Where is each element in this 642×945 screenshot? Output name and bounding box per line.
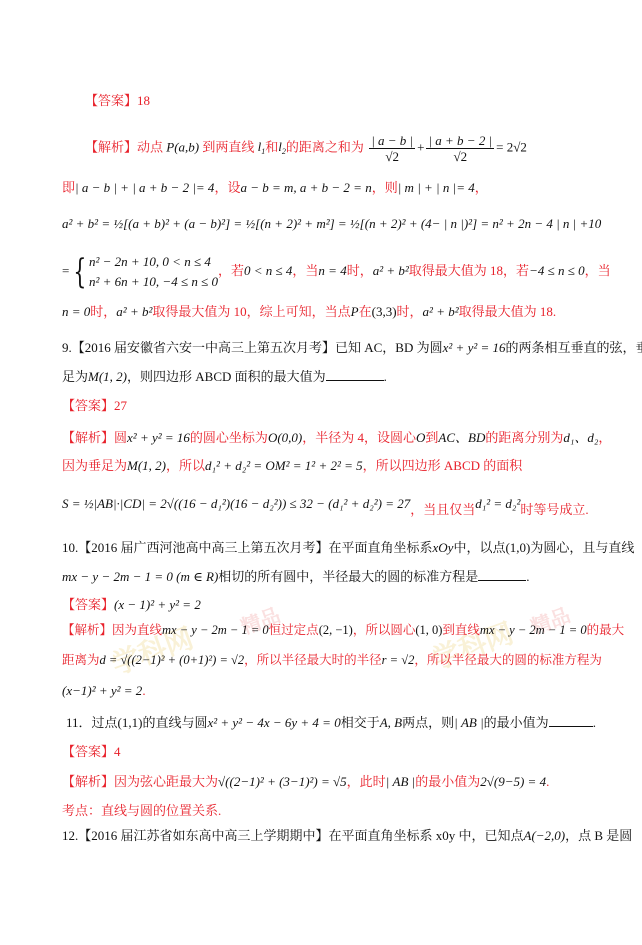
text: 12.【2016 届江苏省如东高中高三上学期期中】在平面直角坐标系 x0y 中，… (62, 828, 524, 843)
math: d = √((2−1)² + (0+1)²) = √2 (100, 653, 245, 667)
q11-answer: 【答案】4 (62, 744, 121, 760)
math: xOy (433, 540, 454, 555)
math: | AB | (386, 774, 416, 789)
math: P(a,b) (166, 139, 199, 154)
q9-stem-line-2: 足为M(1, 2)，则四边形 ABCD 面积的最大值为. (62, 368, 387, 385)
text: 时， (397, 304, 423, 319)
text: 动点 (137, 139, 163, 154)
text: ，当 (585, 263, 611, 278)
analysis-label: 【解析】 (85, 139, 137, 154)
text: 的最小值为 (415, 774, 480, 789)
q10-stem-line-2: mx − y − 2m − 1 = 0 (m ∈ R)相切的所有圆中，半径最大的… (62, 568, 530, 585)
case: n² + 6n + 10, −4 ≤ n ≤ 0 (89, 272, 218, 292)
text: 因为弦心距最大为 (114, 774, 218, 789)
answer-blank (478, 568, 526, 581)
q11-stem: 11．过点(1,1)的直线与圆x² + y² − 4x − 6y + 4 = 0… (66, 714, 596, 731)
math: x² + y² = 16 (443, 340, 506, 355)
q9-analysis-line-1: 【解析】圆x² + y² = 16的圆心坐标为O(0,0)，半径为 4，设圆心O… (62, 430, 611, 446)
text: 取得最大值为 18. (459, 304, 557, 319)
math: d₁² + d₂² = OM² = 1² + 2² = 5 (205, 458, 363, 473)
math: S = ½|AB|·|CD| = 2√((16 − d₁²)(16 − d₂²)… (62, 496, 410, 511)
answer-blank (326, 368, 384, 381)
text: 圆 (114, 430, 127, 445)
math: a − b = m, a + b − 2 = n (240, 180, 371, 195)
math: O(0,0) (268, 430, 302, 445)
math: x² + y² − 4x − 6y + 4 = 0 (207, 715, 340, 730)
math: d₁、d₂ (563, 430, 598, 445)
text: ，此时 (347, 774, 386, 789)
text: ，半径为 4，设圆心 (302, 430, 416, 445)
math: M(1, 2) (88, 369, 127, 384)
math: (3,3) (372, 304, 397, 319)
analysis-label: 【解析】 (62, 430, 114, 445)
math: a² + b² (116, 304, 152, 319)
q10-analysis-line-2: 距离为d = √((2−1)² + (0+1)²) = √2，所以半径最大时的半… (62, 652, 602, 668)
text: ，所以半径最大时的半径 (244, 652, 382, 667)
analysis-label: 【解析】 (62, 622, 112, 637)
math: (2, −1) (319, 623, 353, 637)
case: n² − 2n + 10, 0 < n ≤ 4 (89, 252, 218, 272)
math: | AB | (454, 715, 484, 730)
fraction: | a + b − 2 |√2 (426, 133, 494, 164)
math: | m | + | n |= 4 (398, 180, 475, 195)
text: ，点 B 是圆 (565, 828, 632, 843)
math: l2 (278, 139, 286, 154)
math: d₁² = d₂² (475, 496, 520, 511)
math: mx − y − 2m − 1 = 0 (480, 623, 587, 637)
answer-value: 18 (137, 93, 150, 108)
math: O (416, 430, 425, 445)
q9-answer: 【答案】27 (62, 398, 127, 414)
math: M(1, 2) (127, 458, 166, 473)
text: . (142, 683, 145, 698)
math: = 2√2 (496, 139, 527, 154)
text: 恒过定点 (269, 622, 319, 637)
q8-answer: 【答案】18 (85, 93, 150, 109)
numerator: | a − b | (369, 133, 415, 149)
answer-value: 27 (114, 398, 127, 413)
q10-analysis-line-1: 【解析】因为直线mx − y − 2m − 1 = 0恒过定点(2, −1)，所… (62, 622, 624, 638)
text: 相切的所有圆中，半径最大的圆的标准方程是 (218, 569, 478, 584)
text: 两点，则 (402, 715, 454, 730)
math: n = 0 (62, 304, 90, 319)
text: 时， (347, 263, 373, 278)
q8-analysis-line-3: a² + b² = ½[(a + b)² + (a − b)²] = ½[(n … (62, 216, 601, 232)
text: ， (598, 430, 611, 445)
q9-stem-line-1: 9.【2016 届安徽省六安一中高三上第五次月考】已知 AC，BD 为圆x² +… (62, 340, 642, 356)
text: ，则四边形 ABCD 面积的最大值为 (127, 369, 326, 384)
math: P (351, 304, 359, 319)
text: 到两直线 (202, 139, 254, 154)
text: ，设 (214, 180, 240, 195)
text: ，所以四边形 ABCD 的面积 (363, 458, 523, 473)
text: 相交于 (341, 715, 380, 730)
q11-kaodian: 考点：直线与圆的位置关系. (62, 803, 221, 819)
text: 的最大 (587, 622, 625, 637)
math: | a − b | + | a + b − 2 |= 4 (75, 180, 214, 195)
text: 取得最大值为 18，若 (409, 263, 529, 278)
text: ，当且仅当 (410, 502, 475, 517)
brace: { (74, 255, 87, 289)
math: AC、BD (438, 430, 485, 445)
math: x² + y² = 16 (127, 430, 190, 445)
math: −4 ≤ n ≤ 0 (529, 263, 585, 278)
text: ，则 (372, 180, 398, 195)
text: 中，以点 (453, 540, 505, 555)
answer-value: 4 (114, 744, 121, 759)
q10-analysis-line-3: (x−1)² + y² = 2. (62, 683, 146, 699)
text: 的距离分别为 (485, 430, 563, 445)
answer-label: 【答案】 (62, 597, 114, 612)
piecewise-cases: n² − 2n + 10, 0 < n ≤ 4n² + 6n + 10, −4 … (89, 252, 218, 292)
math: A(−2,0) (524, 828, 566, 843)
math: √((2−1)² + (3−1)²) = √5 (218, 774, 347, 789)
math: r = √2 (382, 653, 415, 667)
math: 0 < n ≤ 4 (244, 263, 292, 278)
text: 11．过点 (66, 715, 118, 730)
text: 时等号成立. (520, 502, 588, 517)
answer-label: 【答案】 (62, 398, 114, 413)
text: ，当 (292, 263, 318, 278)
numerator: | a + b − 2 | (426, 133, 494, 149)
math: mx − y − 2m − 1 = 0 (m ∈ R) (62, 569, 218, 584)
q9-analysis-line-2: 因为垂足为M(1, 2)，所以d₁² + d₂² = OM² = 1² + 2²… (62, 458, 522, 474)
math: mx − y − 2m − 1 = 0 (162, 623, 269, 637)
q12-stem: 12.【2016 届江苏省如东高中高三上学期期中】在平面直角坐标系 x0y 中，… (62, 828, 632, 844)
text: 在 (359, 304, 372, 319)
answer-blank (549, 714, 593, 727)
q11-analysis: 【解析】因为弦心距最大为√((2−1)² + (3−1)²) = √5，此时| … (62, 774, 549, 790)
math: (1, 0) (415, 623, 442, 637)
text: . (526, 569, 529, 584)
text: ，所以半径最大的圆的标准方程为 (414, 652, 602, 667)
text: ， (475, 180, 488, 195)
text: 时， (90, 304, 116, 319)
text: 考点：直线与圆的位置关系. (62, 803, 221, 818)
answer-label: 【答案】 (62, 744, 114, 759)
text: 的最小值为 (484, 715, 549, 730)
text: 足为 (62, 369, 88, 384)
text: 即 (62, 180, 75, 195)
text: 和 (265, 139, 278, 154)
text: 因为直线 (112, 622, 162, 637)
text: 因为垂足为 (62, 458, 127, 473)
q9-analysis-line-3: S = ½|AB|·|CD| = 2√((16 − d₁²)(16 − d₂²)… (62, 496, 589, 512)
math: (1,0) (505, 540, 530, 555)
math: a² + b² (423, 304, 459, 319)
math: n = 4 (318, 263, 346, 278)
q10-answer: 【答案】(x − 1)² + y² = 2 (62, 597, 201, 613)
text: 的两条相互垂直的弦，垂 (506, 340, 642, 355)
denominator: √2 (426, 149, 494, 164)
math: (x−1)² + y² = 2 (62, 683, 142, 698)
math: 2√(9−5) = 4 (480, 774, 546, 789)
q8-analysis-line-2: 即| a − b | + | a + b − 2 |= 4，设a − b = m… (62, 180, 488, 196)
text: . (384, 369, 387, 384)
answer-value: (x − 1)² + y² = 2 (114, 597, 201, 612)
text: ，所以 (166, 458, 205, 473)
math: a² + b² = ½[(a + b)² + (a − b)²] = ½[(n … (62, 216, 601, 231)
text: . (546, 774, 549, 789)
q10-stem-line-1: 10.【2016 届广西河池高中高三上第五次月考】在平面直角坐标系xOy中，以点… (62, 540, 634, 556)
answer-label: 【答案】 (85, 93, 137, 108)
analysis-label: 【解析】 (62, 774, 114, 789)
text: 的直线与圆 (142, 715, 207, 730)
text: 为圆心，且与直线 (530, 540, 634, 555)
text: 的距离之和为 (286, 139, 364, 154)
text: 到直线 (442, 622, 480, 637)
text: 的圆心坐标为 (190, 430, 268, 445)
text: ，所以圆心 (353, 622, 416, 637)
text: 9.【2016 届安徽省六安一中高三上第五次月考】已知 AC，BD 为圆 (62, 340, 443, 355)
math: A, B (380, 715, 402, 730)
text: 到 (425, 430, 438, 445)
text: 取得最大值为 10，综上可知，当点 (152, 304, 350, 319)
text: ，若 (218, 263, 244, 278)
math: a² + b² (373, 263, 409, 278)
denominator: √2 (369, 149, 415, 164)
q8-analysis-line-1: 【解析】动点 P(a,b) 到两直线 l1和l2的距离之和为 | a − b |… (85, 133, 527, 164)
math: (1,1) (118, 715, 143, 730)
fraction: | a − b |√2 (369, 133, 415, 164)
text: . (593, 715, 596, 730)
text: 10.【2016 届广西河池高中高三上第五次月考】在平面直角坐标系 (62, 540, 433, 555)
q8-analysis-line-5: n = 0时，a² + b²取得最大值为 10，综上可知，当点P在(3,3)时，… (62, 304, 556, 320)
text: 距离为 (62, 652, 100, 667)
q8-analysis-line-4: ={n² − 2n + 10, 0 < n ≤ 4n² + 6n + 10, −… (62, 252, 611, 292)
